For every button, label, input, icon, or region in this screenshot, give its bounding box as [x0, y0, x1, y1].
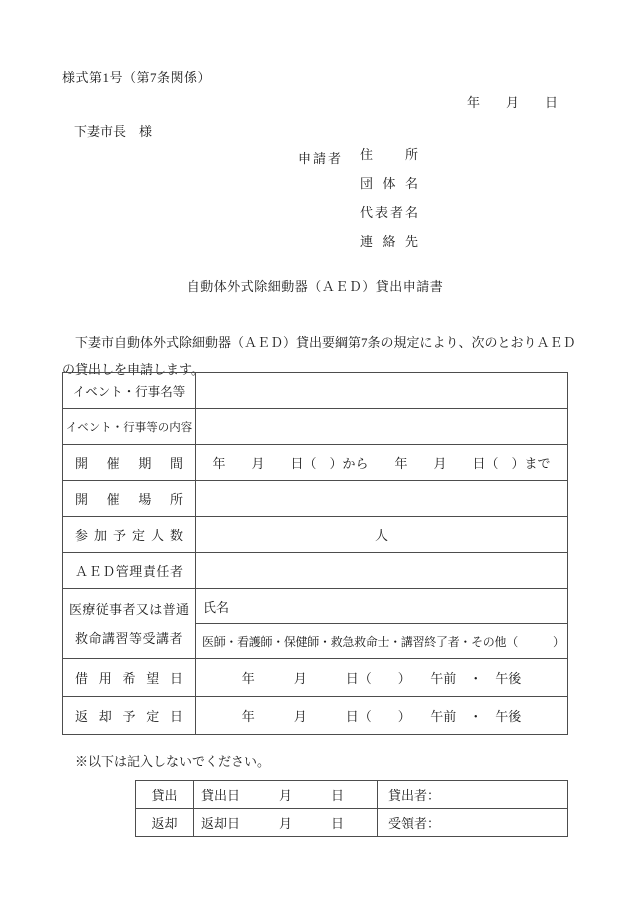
office-use-note: ※以下は記入しないでください。 — [75, 751, 270, 770]
medical-personnel-name-field: 氏名 — [196, 589, 568, 624]
office-lend-label: 貸出 — [136, 781, 194, 809]
body-line-1: 下妻市自動体外式除細動器（ＡＥＤ）貸出要綱第7条の規定により、次のとおりＡＥＤ — [62, 329, 568, 356]
addressee: 下妻市長 様 — [74, 121, 152, 140]
medical-personnel-label-line1: 医療従事者又は普通 — [69, 595, 189, 624]
applicant-field-representative: 代表者名 — [360, 205, 418, 220]
table-row: 参加予定人数 人 — [63, 517, 568, 553]
row-label-borrow-date: 借用希望日 — [63, 659, 196, 697]
table-row: イベント・行事等の内容 — [63, 409, 568, 445]
table-row: 医療従事者又は普通 救命講習等受講者 氏名 — [63, 589, 568, 624]
applicant-field-contact: 連絡先 — [360, 234, 418, 249]
event-name-field — [196, 373, 568, 409]
return-date-field: 年 月 日（ ） 午前 ・ 午後 — [196, 697, 568, 735]
row-label-event-period: 開催期間 — [63, 445, 196, 481]
row-label-return-date: 返却予定日 — [63, 697, 196, 735]
borrow-date-field: 年 月 日（ ） 午前 ・ 午後 — [196, 659, 568, 697]
office-use-table: 貸出 貸出日 月 日 貸出者： 返却 返却日 月 日 受領者： — [135, 780, 568, 837]
event-period-field: 年 月 日（ ）から 年 月 日（ ）まで — [196, 445, 568, 481]
applicant-field-organization: 団体名 — [360, 176, 418, 191]
expected-attendance-field: 人 — [196, 517, 568, 553]
event-description-field — [196, 409, 568, 445]
table-row: 返却 返却日 月 日 受領者： — [136, 809, 568, 837]
aed-loan-application-form: 様式第1号（第7条関係） 年 月 日 下妻市長 様 申請者 住所 団体名 代表者… — [0, 0, 630, 903]
office-return-label: 返却 — [136, 809, 194, 837]
event-place-field — [196, 481, 568, 517]
medical-qualification-options: 医師・看護師・保健師・救急救命士・講習終了者・その他（ ） — [196, 624, 568, 659]
row-label-event-description: イベント・行事等の内容 — [63, 409, 196, 445]
table-row: 返却予定日 年 月 日（ ） 午前 ・ 午後 — [63, 697, 568, 735]
form-number: 様式第1号（第7条関係） — [62, 67, 211, 86]
table-row: ＡＥＤ管理責任者 — [63, 553, 568, 589]
date-line: 年 月 日 — [467, 92, 558, 111]
table-row: イベント・行事名等 — [63, 373, 568, 409]
table-row: 開催場所 — [63, 481, 568, 517]
row-label-event-place: 開催場所 — [63, 481, 196, 517]
applicant-fields: 住所 団体名 代表者名 連絡先 — [360, 147, 418, 263]
applicant-label: 申請者 — [298, 148, 343, 167]
applicant-field-address: 住所 — [360, 147, 418, 162]
row-label-event-name: イベント・行事名等 — [63, 373, 196, 409]
office-return-date: 返却日 月 日 — [194, 809, 378, 837]
medical-personnel-label-line2: 救命講習等受講者 — [69, 624, 189, 653]
table-row: 開催期間 年 月 日（ ）から 年 月 日（ ）まで — [63, 445, 568, 481]
row-label-medical-personnel: 医療従事者又は普通 救命講習等受講者 — [63, 589, 196, 659]
aed-manager-field — [196, 553, 568, 589]
table-row: 貸出 貸出日 月 日 貸出者： — [136, 781, 568, 809]
office-lend-date: 貸出日 月 日 — [194, 781, 378, 809]
row-label-expected-attendance: 参加予定人数 — [63, 517, 196, 553]
office-lender-field: 貸出者： — [378, 781, 568, 809]
office-receiver-field: 受領者： — [378, 809, 568, 837]
document-title: 自動体外式除細動器（ＡＥＤ）貸出申請書 — [0, 276, 630, 295]
application-table: イベント・行事名等 イベント・行事等の内容 開催期間 年 月 日（ ）から 年 … — [62, 372, 568, 735]
table-row: 借用希望日 年 月 日（ ） 午前 ・ 午後 — [63, 659, 568, 697]
row-label-aed-manager: ＡＥＤ管理責任者 — [63, 553, 196, 589]
